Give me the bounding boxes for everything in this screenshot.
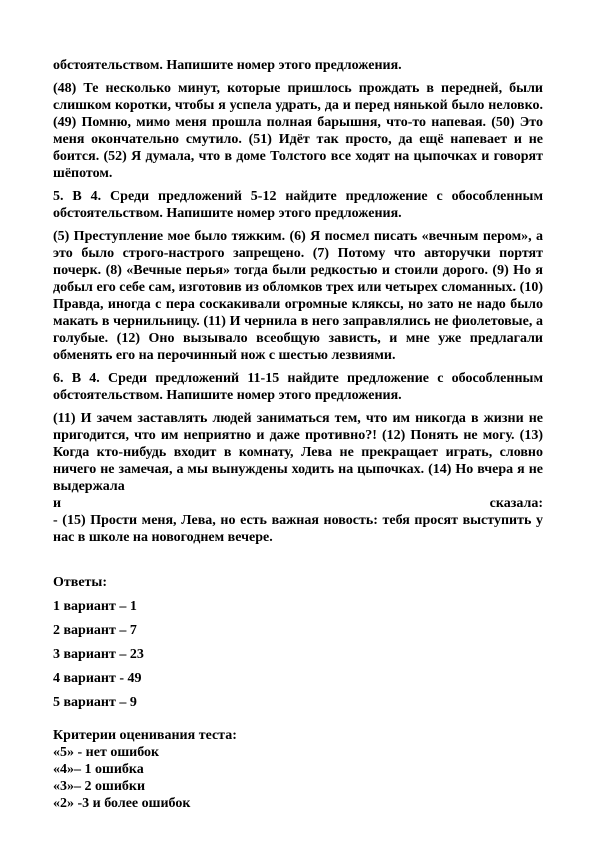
answer-item-5: 5 вариант – 9 bbox=[53, 694, 543, 711]
split-right-word: сказала: bbox=[490, 495, 543, 512]
task5-passage: (5) Преступление мое было тяжким. (6) Я … bbox=[53, 228, 543, 364]
criteria-title: Критерии оценивания теста: bbox=[53, 727, 543, 744]
task6-heading: 6. В 4. Среди предложений 11-15 найдите … bbox=[53, 370, 543, 404]
task6-justified-split-line: и сказала: bbox=[53, 495, 543, 512]
answers-section: Ответы: 1 вариант – 1 2 вариант – 7 3 ва… bbox=[53, 574, 543, 711]
answer-item-3: 3 вариант – 23 bbox=[53, 646, 543, 663]
criteria-section: Критерии оценивания теста: «5» - нет оши… bbox=[53, 727, 543, 812]
answer-item-1: 1 вариант – 1 bbox=[53, 598, 543, 615]
document-page: обстоятельством. Напишите номер этого пр… bbox=[0, 0, 595, 842]
answers-title: Ответы: bbox=[53, 574, 543, 591]
criteria-item-5: «5» - нет ошибок bbox=[53, 744, 543, 761]
answer-item-4: 4 вариант - 49 bbox=[53, 670, 543, 687]
task6-quote-line: - (15) Прости меня, Лева, но есть важная… bbox=[53, 512, 543, 546]
task5-heading: 5. В 4. Среди предложений 5-12 найдите п… bbox=[53, 188, 543, 222]
criteria-item-3: «3»– 2 ошибки bbox=[53, 778, 543, 795]
split-left-word: и bbox=[53, 495, 61, 512]
task6-passage: (11) И зачем заставлять людей заниматься… bbox=[53, 410, 543, 495]
criteria-item-4: «4»– 1 ошибка bbox=[53, 761, 543, 778]
continuation-line: обстоятельством. Напишите номер этого пр… bbox=[53, 57, 543, 74]
criteria-item-2: «2» -3 и более ошибок bbox=[53, 795, 543, 812]
answer-item-2: 2 вариант – 7 bbox=[53, 622, 543, 639]
passage-48-52: (48) Те несколько минут, которые пришлос… bbox=[53, 80, 543, 182]
